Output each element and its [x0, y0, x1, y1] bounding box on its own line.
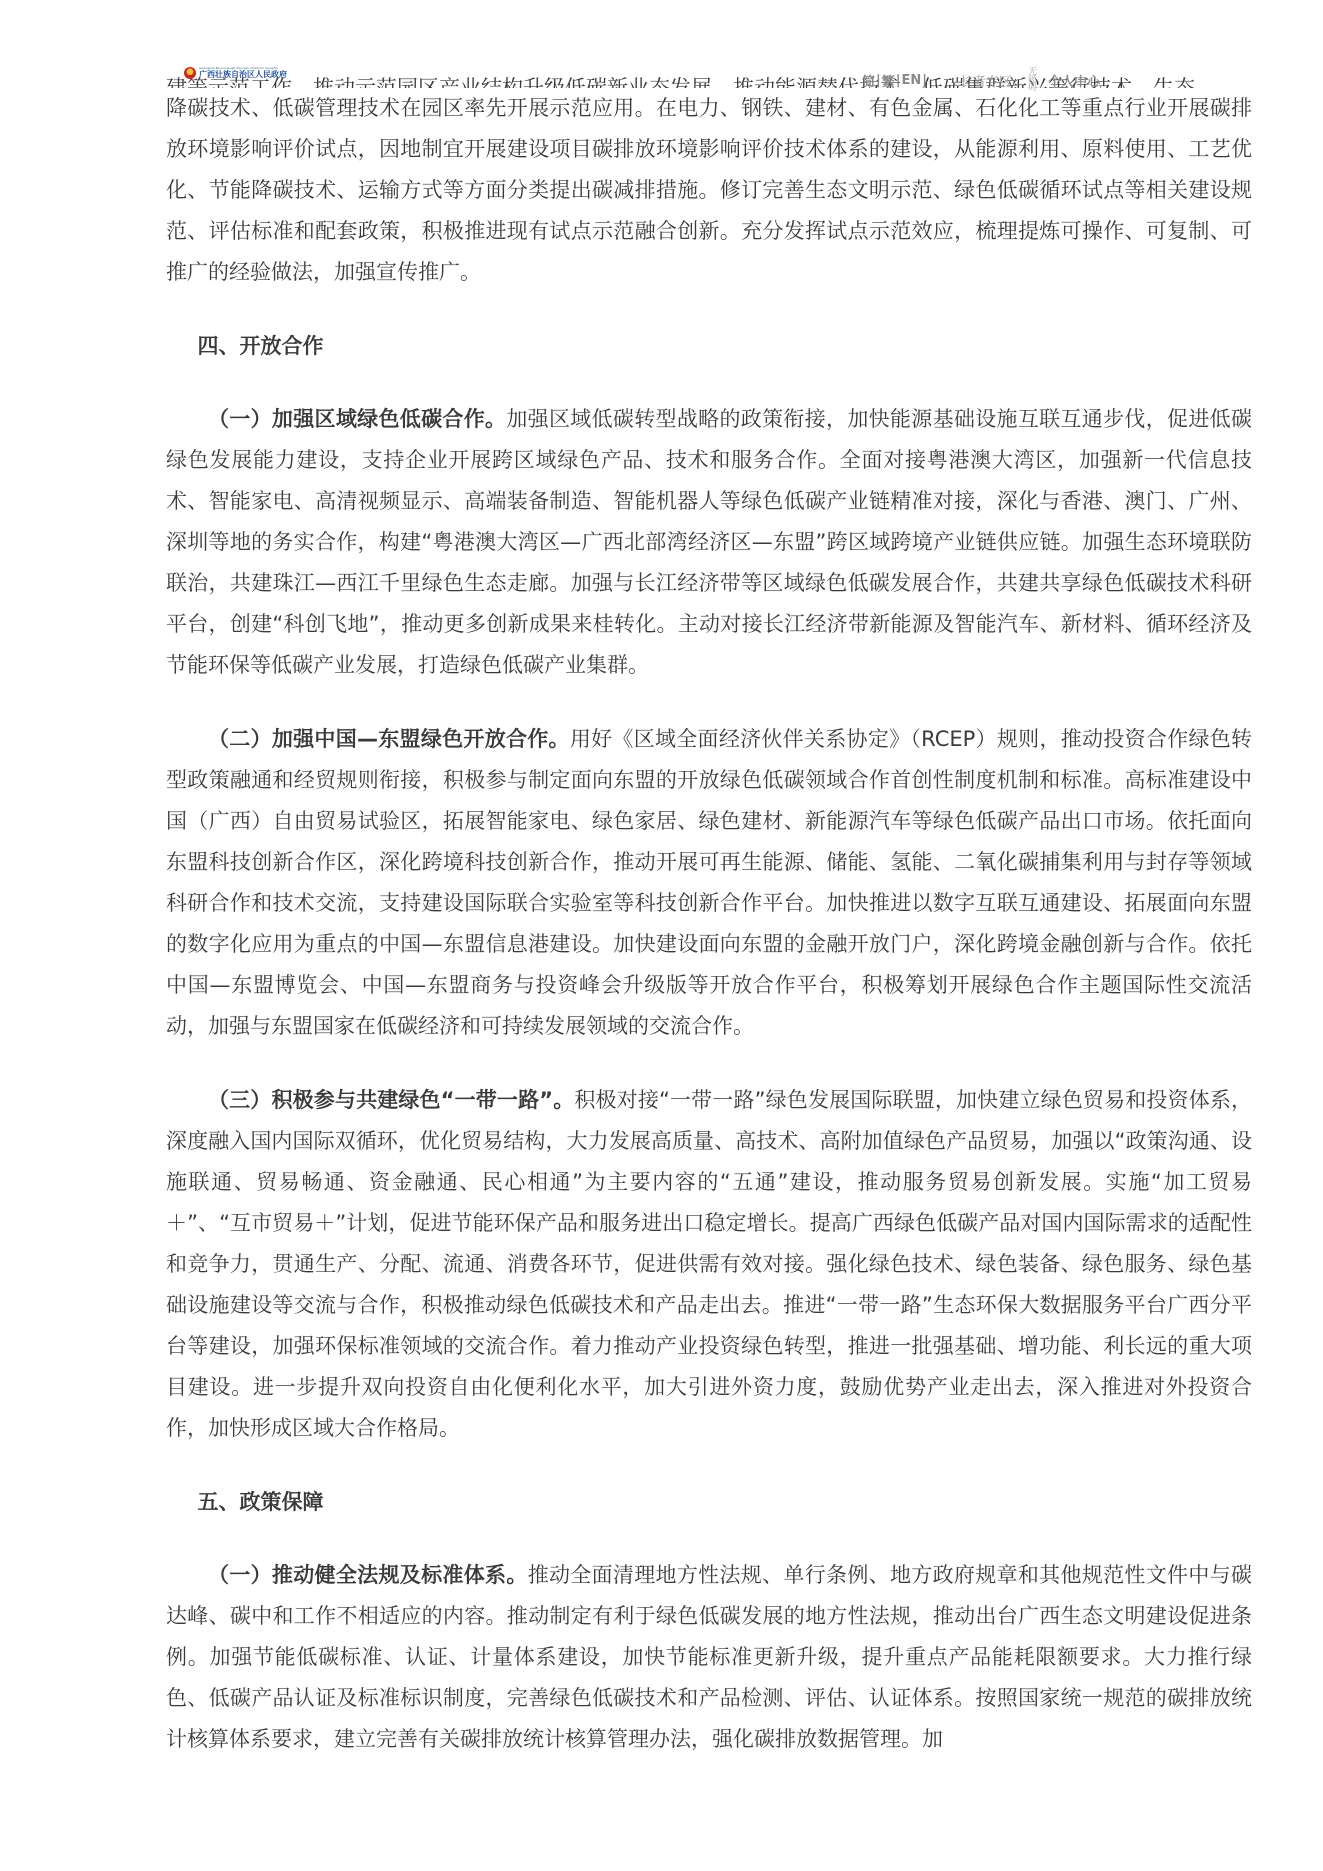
paragraph-body: 积极对接“一带一路”绿色发展国际联盟，加快建立绿色贸易和投资体系，深度融入国内国…	[166, 1088, 1252, 1440]
accessibility-link[interactable]: 无障碍	[1028, 68, 1038, 92]
paragraph: （一）加强区域绿色低碳合作。加强区域低碳转型战略的政策衔接，加快能源基础设施互联…	[166, 399, 1252, 686]
section-heading: 五、政策保障	[166, 1482, 1252, 1523]
paragraph-body: 用好《区域全面经济伙伴关系协定》（RCEP）规则，推动投资合作绿色转型政策融通和…	[166, 727, 1252, 1038]
document-body: 建等示范工作，推动示范园区产业结构升级低碳新业态发展，推动能源替代技术、低碳集群…	[166, 72, 1252, 1793]
paragraph-lead: （二）加强中国—东盟绿色开放合作。	[208, 727, 570, 751]
site-logo[interactable]: Gvangjsih Bouxcuengh Swcigih Yinzminz Cw…	[184, 67, 287, 79]
personal-center-link[interactable]: 个人中心	[1048, 71, 1100, 90]
paragraph-lead: （三）积极参与共建绿色“一带一路”。	[208, 1088, 574, 1112]
paragraph-lead: （一）加强区域绿色低碳合作。	[208, 407, 506, 431]
divider: |	[896, 73, 901, 88]
top-nav: 简 | 繁 | EN | 长者专区 无障碍 个人中心	[862, 68, 1100, 92]
paragraph: （二）加强中国—东盟绿色开放合作。用好《区域全面经济伙伴关系协定》（RCEP）规…	[166, 719, 1252, 1047]
paragraph-lead: （一）推动健全法规及标准体系。	[208, 1563, 528, 1587]
lang-simplified[interactable]: 简	[862, 71, 875, 90]
divider: |	[922, 73, 927, 88]
paragraph-body: 推动全面清理地方性法规、单行条例、地方政府规章和其他规范性文件中与碳达峰、碳中和…	[166, 1563, 1252, 1751]
divider: |	[876, 73, 881, 88]
logo-name: 广西壮族自治区人民政府	[199, 71, 287, 79]
paragraph: （三）积极参与共建绿色“一带一路”。积极对接“一带一路”绿色发展国际联盟，加快建…	[166, 1080, 1252, 1449]
paragraph: 降碳技术、低碳管理技术在园区率先开展示范应用。在电力、钢铁、建材、有色金属、石化…	[166, 88, 1252, 293]
national-emblem-icon	[184, 67, 196, 79]
elder-zone-link[interactable]: 长者专区	[960, 71, 1012, 90]
paragraph-body: 加强区域低碳转型战略的政策衔接，加快能源基础设施互联互通步伐，促进低碳绿色发展能…	[166, 407, 1252, 677]
lang-traditional[interactable]: 繁	[882, 71, 895, 90]
lang-english[interactable]: EN	[902, 73, 922, 88]
section-heading: 四、开放合作	[166, 326, 1252, 367]
paragraph: （一）推动健全法规及标准体系。推动全面清理地方性法规、单行条例、地方政府规章和其…	[166, 1555, 1252, 1760]
